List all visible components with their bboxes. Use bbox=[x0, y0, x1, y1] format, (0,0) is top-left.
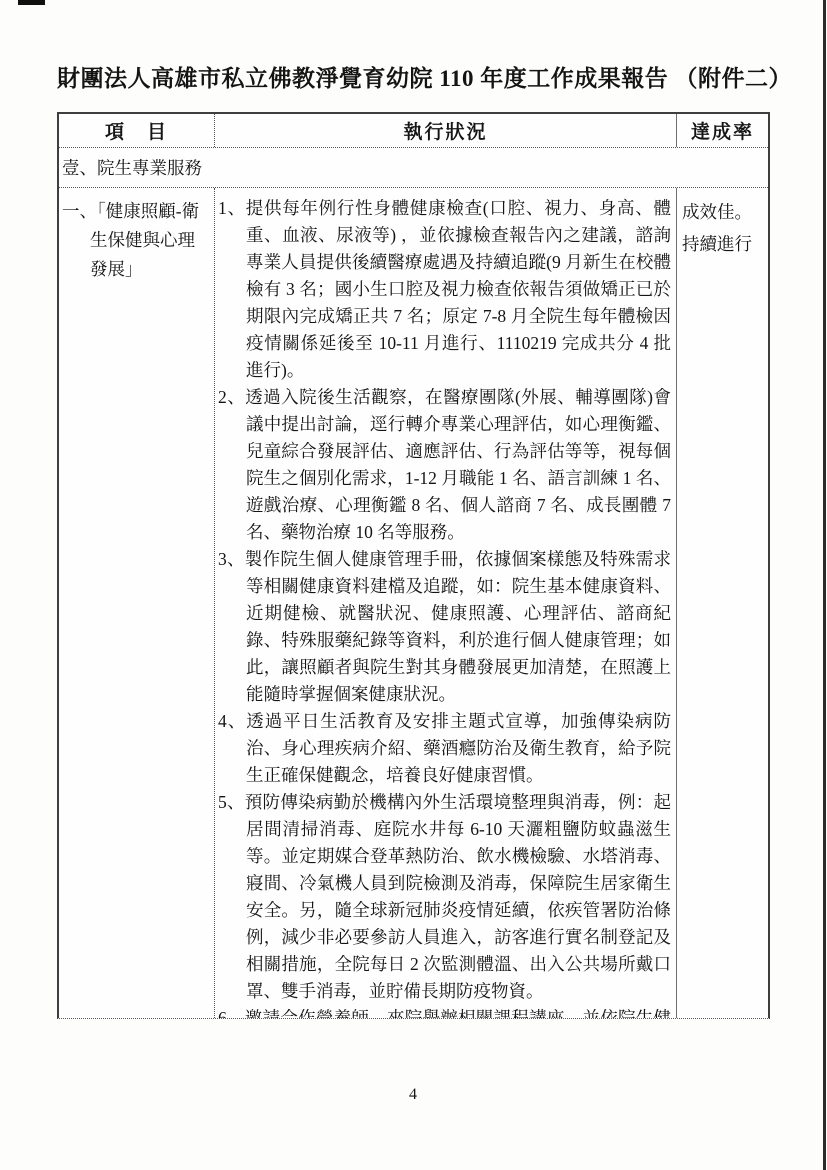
table-row: 一、「健康照顧-衛生保健與心理發展」 1、提供每年例行性身體健康檢查(口腔、視力… bbox=[59, 188, 768, 1018]
execution-item: 4、透過平日生活教育及安排主題式宣導，加強傳染病防治、身心理疾病介紹、藥酒癮防治… bbox=[218, 708, 671, 789]
header-execution-column: 執行狀況 bbox=[215, 114, 677, 147]
document-page: 財團法人高雄市私立佛教淨覺育幼院 110 年度工作成果報告 （附件二） 項 目 … bbox=[0, 0, 827, 1170]
page-number: 4 bbox=[399, 1086, 427, 1104]
execution-item: 3、製作院生個人健康管理手冊，依據個案樣態及特殊需求等相關健康資料建檔及追蹤，如… bbox=[218, 546, 671, 708]
scan-artifact-top-left bbox=[18, 0, 45, 5]
achievement-line: 持續進行 bbox=[682, 228, 766, 260]
execution-item: 5、預防傳染病勤於機構內外生活環境整理與消毒，例：起居間清掃消毒、庭院水井每 6… bbox=[218, 789, 671, 1005]
page-title: 財團法人高雄市私立佛教淨覺育幼院 110 年度工作成果報告 （附件二） bbox=[57, 60, 771, 93]
execution-item: 2、透過入院後生活觀察，在醫療團隊(外展、輔導團隊)會議中提出討論，逕行轉介專業… bbox=[218, 384, 671, 546]
section-label: 壹、院生專業服務 bbox=[62, 155, 202, 180]
scan-edge-line bbox=[823, 0, 826, 1170]
execution-item: 1、提供每年例行性身體健康檢查(口腔、視力、身高、體重、血液、尿液等) ，並依據… bbox=[218, 195, 671, 384]
table-header-row: 項 目 執行狀況 達成率 bbox=[59, 114, 768, 148]
execution-cell: 1、提供每年例行性身體健康檢查(口腔、視力、身高、體重、血液、尿液等) ，並依據… bbox=[215, 188, 677, 1018]
execution-item: 6、邀請合作營養師，來院舉辦相關課程講座，並依院生健康檢查報告，提供院生個別化飲… bbox=[218, 1005, 671, 1018]
report-table: 項 目 執行狀況 達成率 壹、院生專業服務 一、「健康照顧-衛生保健與心理發展」… bbox=[57, 112, 770, 1019]
achievement-cell: 成效佳。持續進行 bbox=[677, 188, 768, 1018]
item-cell: 一、「健康照顧-衛生保健與心理發展」 bbox=[59, 188, 215, 1018]
section-row: 壹、院生專業服務 bbox=[59, 148, 768, 188]
achievement-line: 成效佳。 bbox=[682, 196, 766, 228]
item-label: 一、「健康照顧-衛生保健與心理發展」 bbox=[62, 197, 212, 284]
header-achievement-column: 達成率 bbox=[677, 114, 768, 147]
header-item-column: 項 目 bbox=[59, 114, 215, 147]
